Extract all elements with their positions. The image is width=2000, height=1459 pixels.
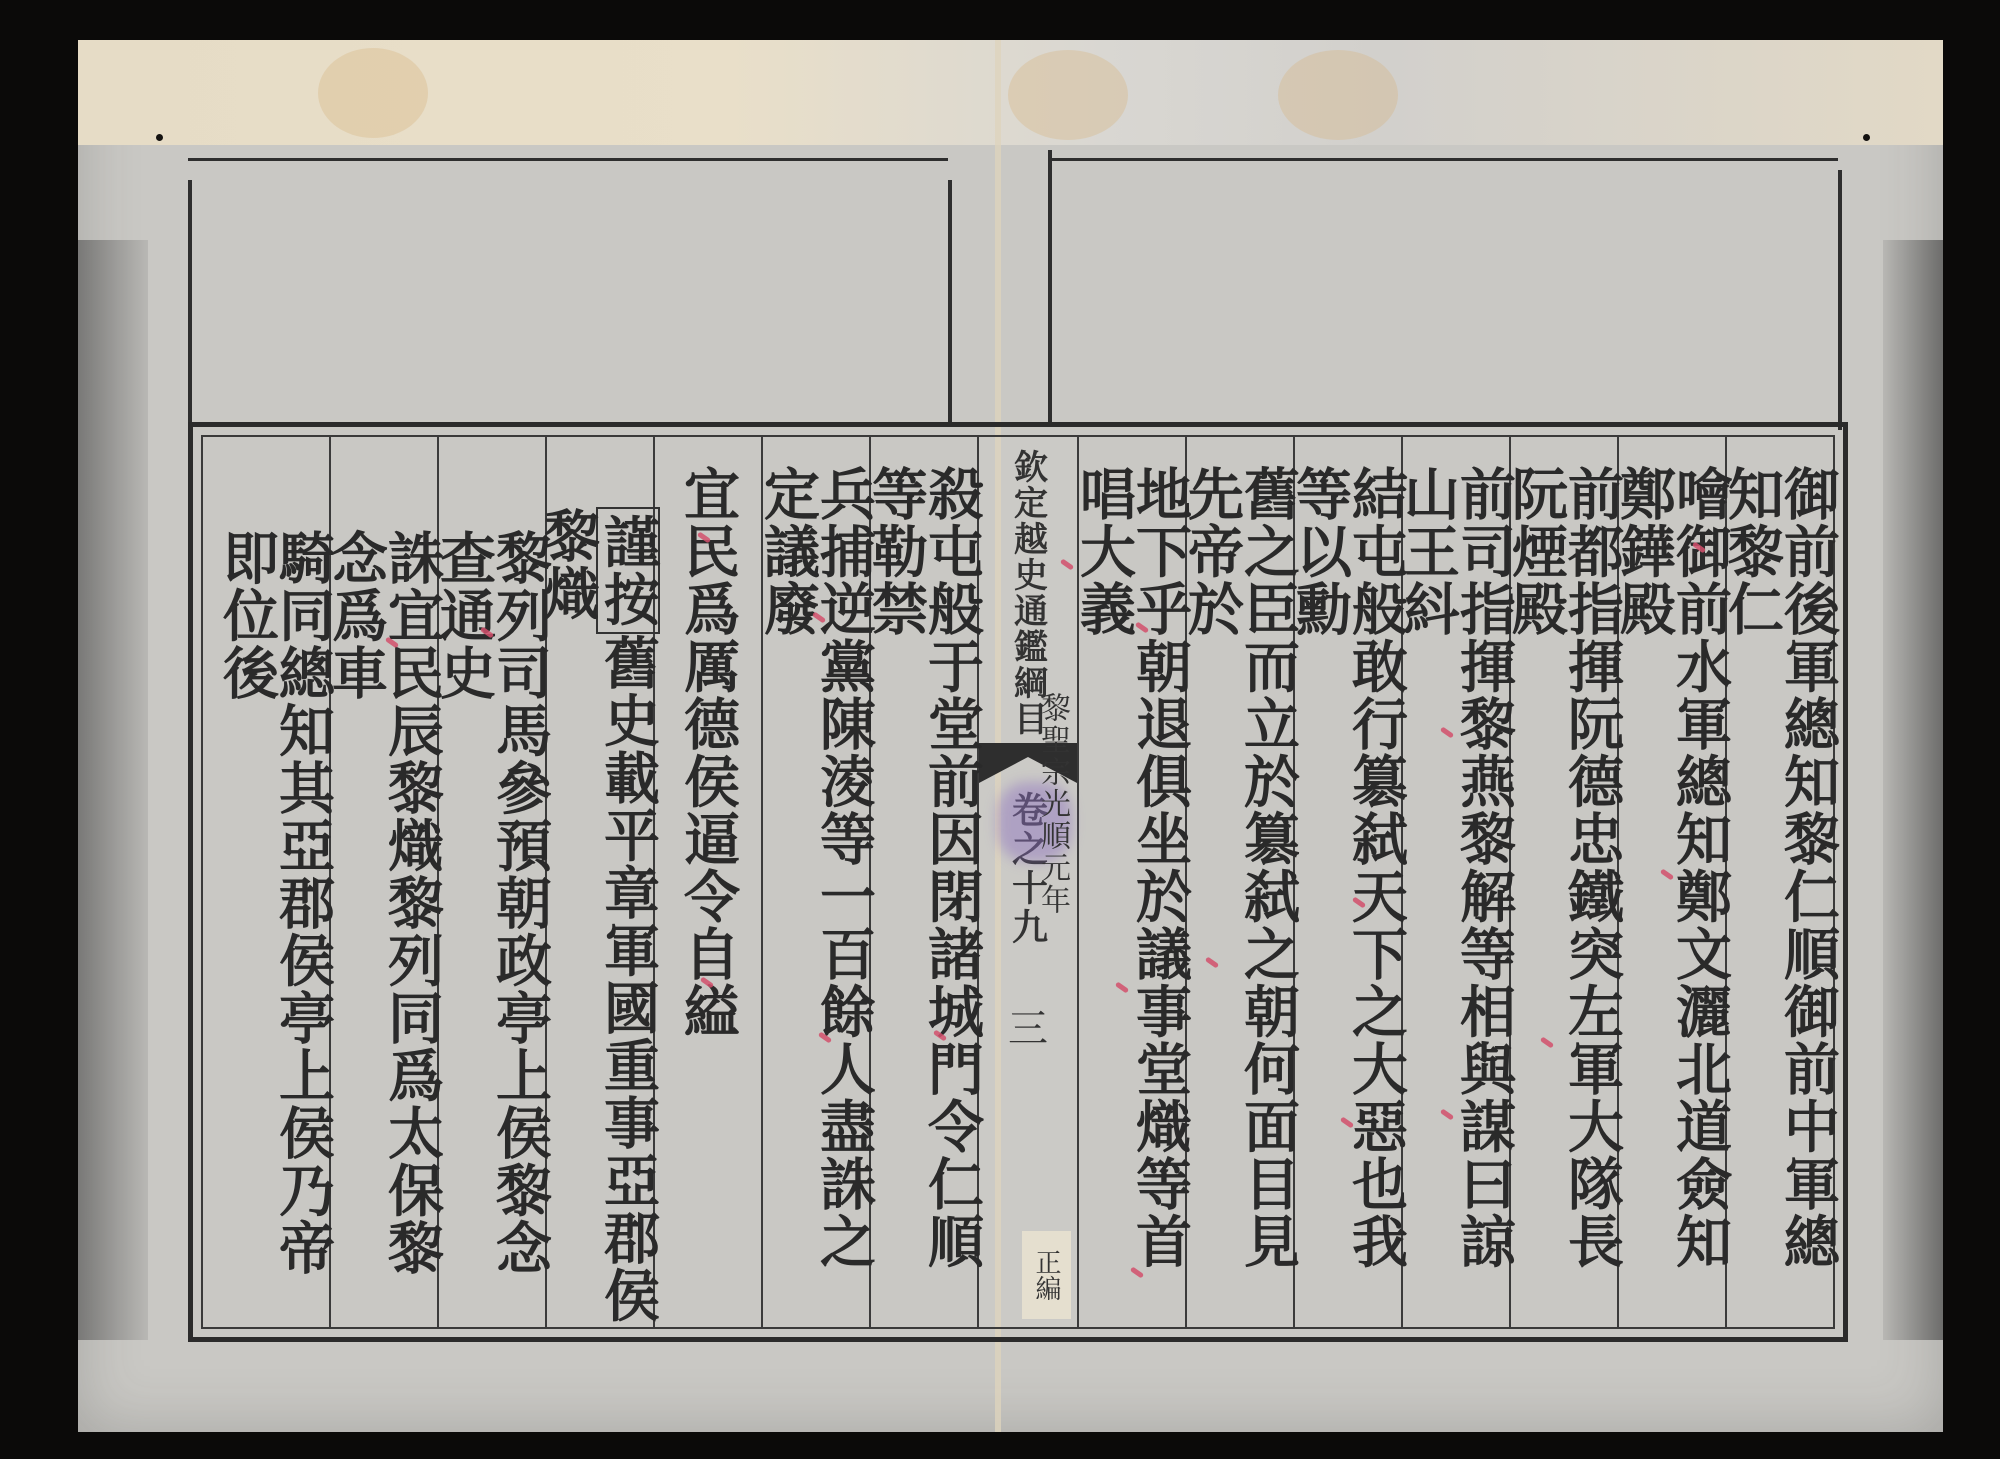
water-stain: [318, 48, 428, 138]
section-label: 正編: [1022, 1231, 1071, 1319]
text-block-frame: 御前後軍總知黎仁順御前中軍總知黎仁 噲御前水軍總知鄭文灑北道僉知鄭鏵殿 前都指揮…: [188, 422, 1848, 1342]
text-columns: 御前後軍總知黎仁順御前中軍總知黎仁 噲御前水軍總知鄭文灑北道僉知鄭鏵殿 前都指揮…: [201, 435, 1835, 1329]
center-column: 欽定越史通鑑綱目 卷之十九 黎聖宗光順元年 三 正編: [977, 437, 1077, 1327]
text-column-4: 前司指揮黎燕黎解等相與謀曰諒山王紏: [1401, 437, 1509, 1327]
text-column-6: 舊之臣而立於簒弑之朝何面目見先帝於: [1185, 437, 1293, 1327]
ink-smudge-left: [78, 240, 148, 1340]
water-stain: [1008, 50, 1128, 140]
text-column-5: 結屯般敢行簒弑天下之大惡也我等以勳: [1293, 437, 1401, 1327]
frame-center-left-upper: [948, 180, 952, 425]
text-column-2: 噲御前水軍總知鄭文灑北道僉知鄭鏵殿: [1617, 437, 1725, 1327]
text-column-14: 騎同總知其亞郡侯亭上侯乃帝即位後: [221, 437, 329, 1327]
text-column-11: 謹按舊史載平章軍國重事亞郡侯黎熾: [545, 437, 653, 1327]
binding-hole: [1863, 134, 1870, 141]
text-column-12: 黎列司馬參預朝政亭上侯黎念查通史: [437, 437, 545, 1327]
text-column-7: 地下乎朝退俱坐於議事堂熾等首唱大義: [1077, 437, 1185, 1327]
text-column-9: 兵捕逆黨陳淩等一百餘人盡誅之定議廢: [761, 437, 869, 1327]
page-number: 三: [1008, 997, 1048, 1054]
ink-smudge-right: [1883, 240, 1943, 1340]
frame-right-upper: [1838, 170, 1842, 430]
text-column-3: 前都指揮阮德忠鐵突左軍大隊長阮煙殿: [1509, 437, 1617, 1327]
annotation-marker: 謹按: [596, 507, 660, 634]
water-stain: [1278, 50, 1398, 140]
binding-hole: [156, 134, 163, 141]
frame-left-upper: [188, 180, 192, 430]
text-column-1: 御前後軍總知黎仁順御前中軍總知黎仁: [1725, 437, 1833, 1327]
frame-upper-right-top: [1048, 158, 1838, 161]
text-column-10: 宜民爲厲德侯逼令自縊: [653, 437, 761, 1327]
reign-title: 黎聖宗光順元年: [1030, 692, 1074, 916]
frame-upper-left-top: [188, 158, 948, 161]
text-column-8: 殺屯般于堂前因閉諸城門令仁順等勒禁: [869, 437, 977, 1327]
frame-center-right-upper: [1048, 150, 1052, 425]
text-column-13: 誅宜民辰黎熾黎列同爲太保黎念爲車: [329, 437, 437, 1327]
